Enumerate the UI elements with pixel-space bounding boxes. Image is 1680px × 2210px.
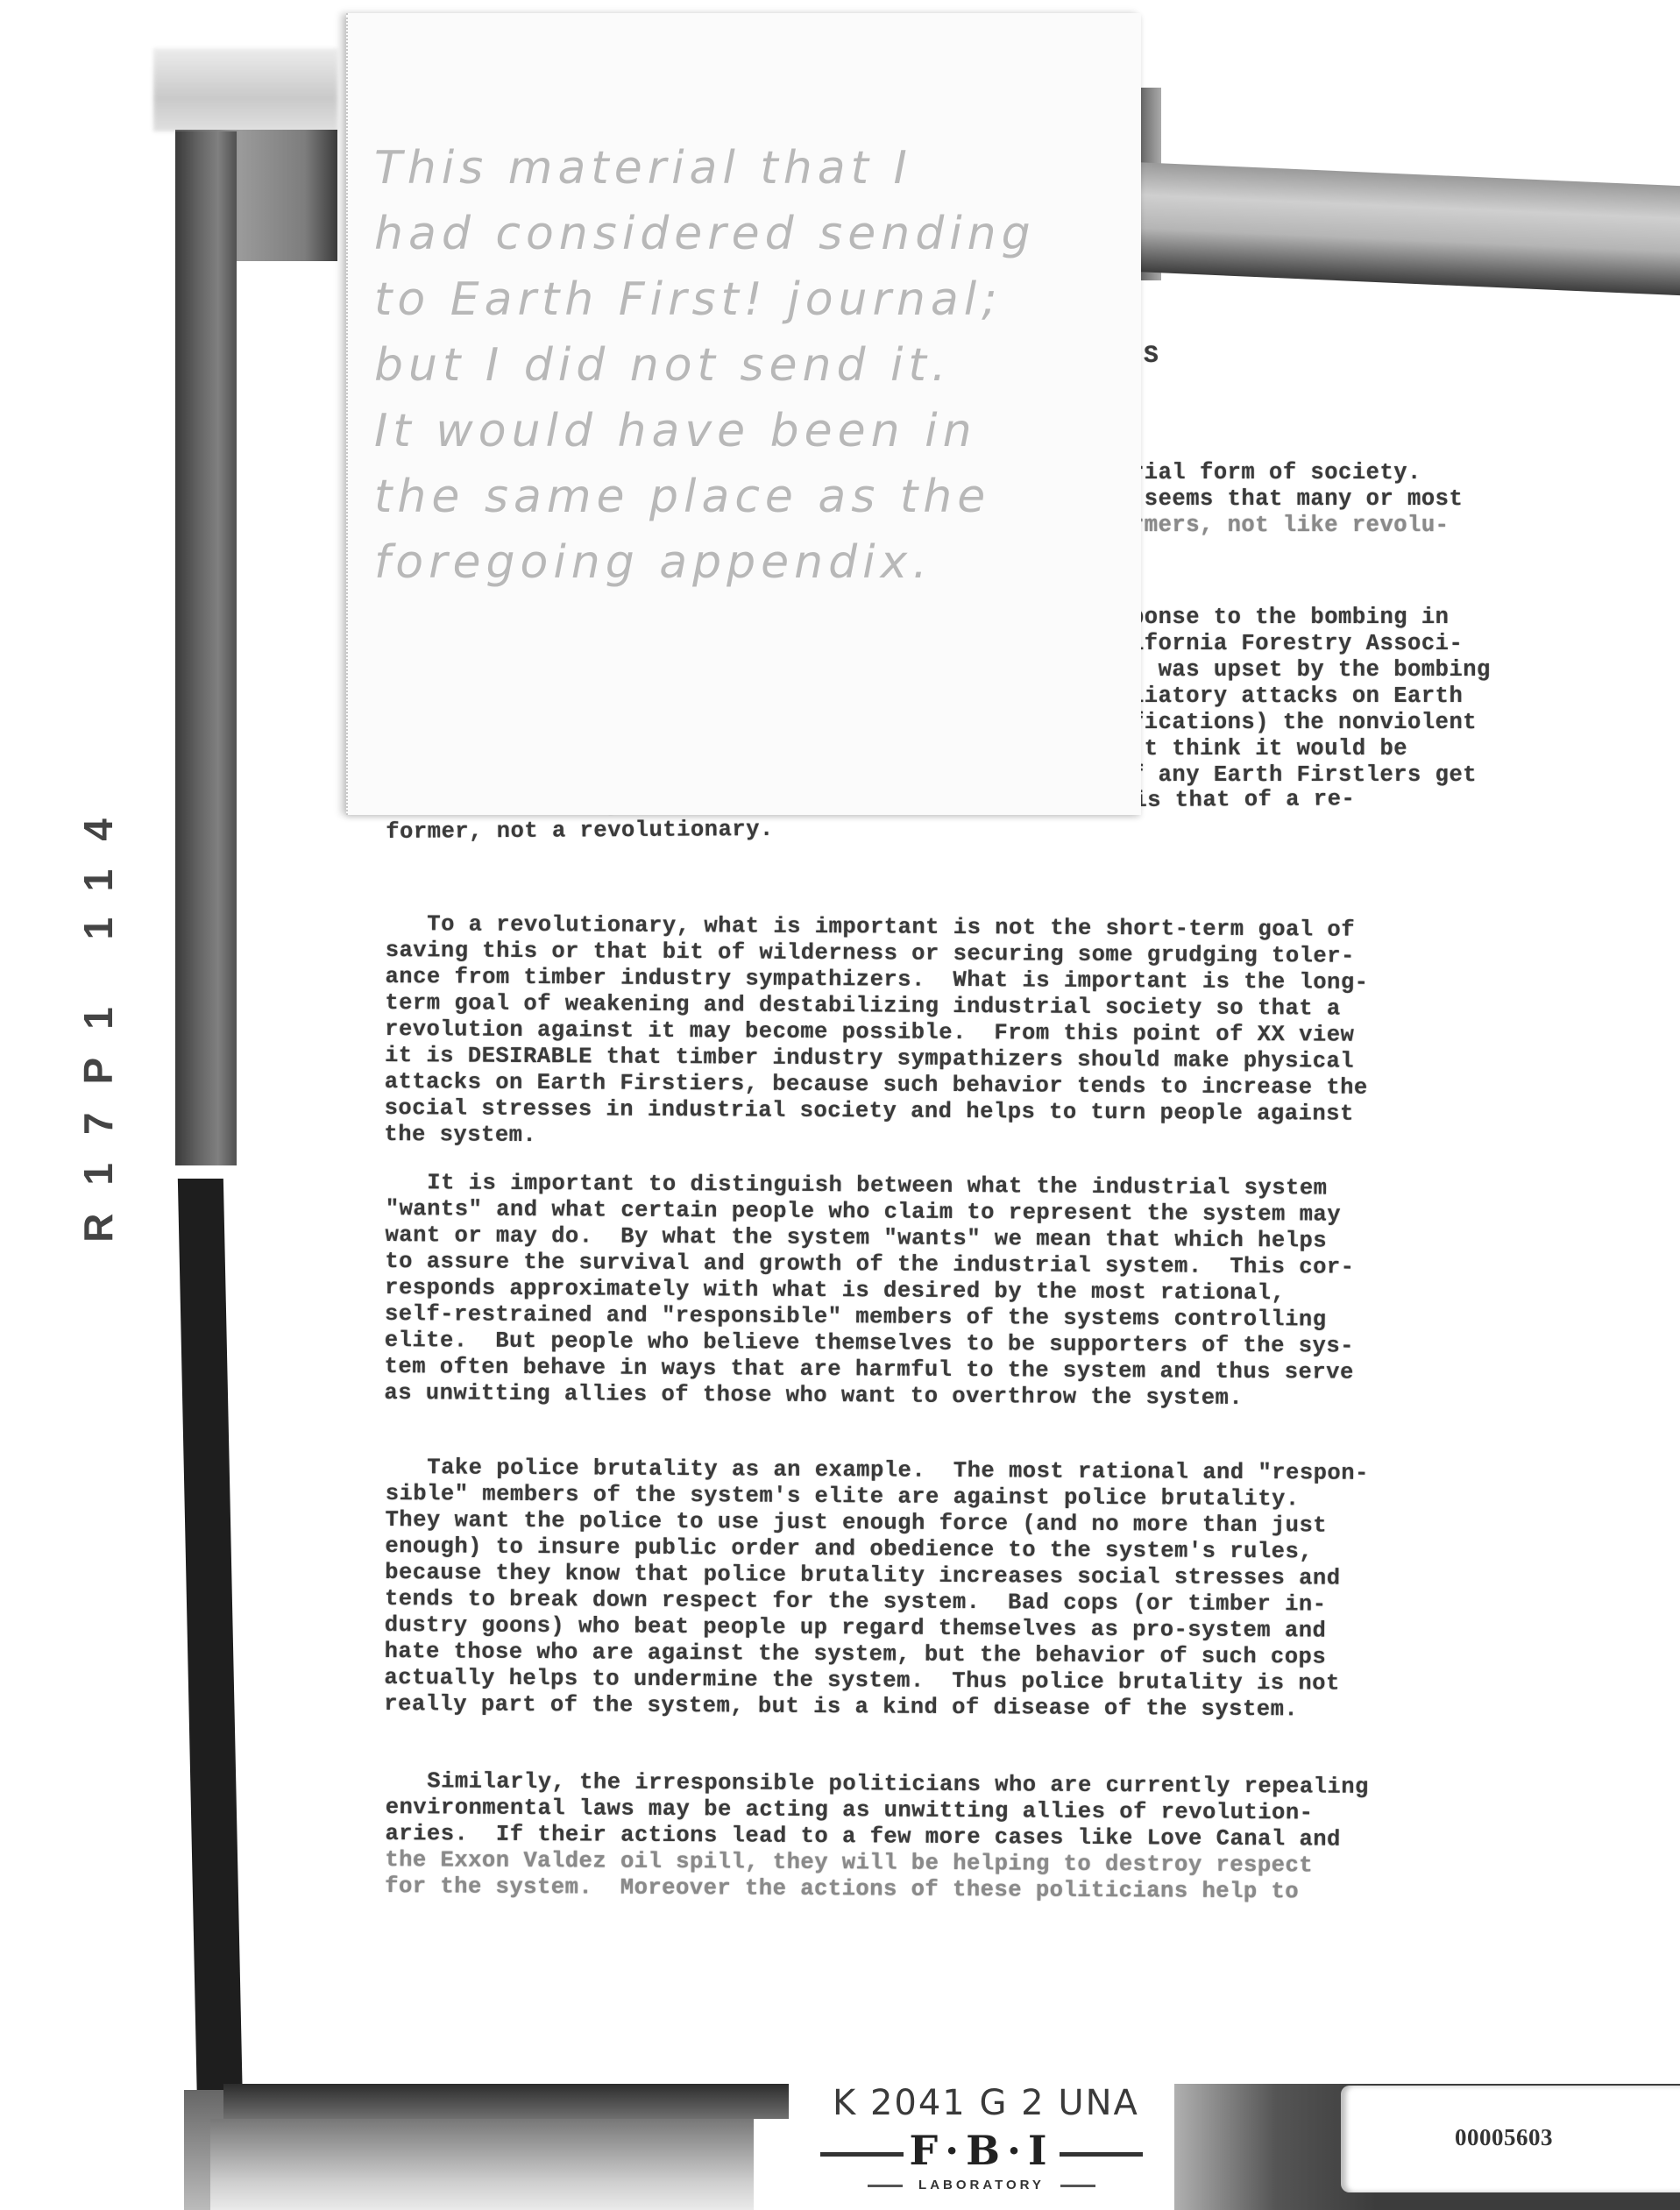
- text-line: ponse to the bombing in: [1131, 605, 1491, 631]
- handwritten-line: had considered sending: [374, 202, 1119, 267]
- stamp-dash-right: [1060, 2185, 1095, 2187]
- bates-number-box: 00005603: [1341, 2086, 1680, 2192]
- text-line: fications) the nonviolent: [1131, 710, 1491, 736]
- stamp-rule-right: [1060, 2152, 1143, 2157]
- bates-number: 00005603: [1455, 2124, 1553, 2151]
- text-line: ifornia Forestry Associ-: [1131, 631, 1491, 657]
- stamp-rule-left: [820, 2152, 904, 2157]
- paragraph-system-wants: It is important to distinguish between w…: [384, 1170, 1355, 1413]
- cherney-paragraph-fragment: ponse to the bombing inifornia Forestry …: [1131, 605, 1491, 789]
- margin-reference-number: R17P1 114: [74, 754, 145, 1279]
- handwritten-line: but I did not send it.: [374, 333, 1119, 399]
- text-line: 't think it would be: [1131, 736, 1491, 762]
- sticky-note-handwriting: This material that I had considered send…: [374, 136, 1119, 596]
- stamp-agency: F·B·I: [789, 2127, 1174, 2174]
- handwritten-line: the same place as the: [374, 464, 1119, 530]
- text-line: f any Earth Firstlers get: [1131, 762, 1491, 789]
- handwritten-line: It would have been in: [374, 399, 1119, 464]
- paragraph-politicians: Similarly, the irresponsible politicians…: [385, 1768, 1369, 1906]
- text-line: was upset by the bombing: [1131, 657, 1491, 684]
- stamp-specimen-number: K 2041 G 2 UNA: [833, 2083, 1139, 2123]
- stamp-laboratory-label: LABORATORY: [918, 2178, 1045, 2192]
- stamp-agency-label: F·B·I: [909, 2127, 1053, 2174]
- handwritten-line: to Earth First! journal;: [374, 267, 1119, 333]
- handwritten-line: foregoing appendix.: [374, 530, 1119, 596]
- copy-smudge: [153, 48, 337, 131]
- copy-frame-gap: [175, 1165, 237, 1178]
- text-line: rmers, not like revolu-: [1131, 513, 1463, 539]
- copy-frame-left-lower: [178, 1179, 243, 2112]
- copy-frame-bottom-left: [210, 2119, 754, 2210]
- paragraph-police-brutality: Take police brutality as an example. The…: [384, 1455, 1369, 1724]
- text-line: rial form of society.: [1131, 460, 1463, 486]
- handwritten-line: This material that I: [374, 136, 1119, 202]
- text-line: seems that many or most: [1131, 486, 1463, 513]
- stamp-laboratory: LABORATORY: [789, 2178, 1174, 2192]
- stamp-dash-left: [868, 2185, 903, 2187]
- text-line: liatory attacks on Earth: [1131, 684, 1491, 710]
- intro-paragraph-fragment: rial form of society. seems that many or…: [1131, 460, 1463, 539]
- fbi-laboratory-stamp: K 2041 G 2 UNA F·B·I LABORATORY: [789, 2072, 1174, 2204]
- sticky-note: This material that I had considered send…: [346, 13, 1141, 815]
- heading-fragment: S: [1144, 344, 1159, 370]
- copy-frame-left: [175, 131, 237, 1165]
- paragraph-revolutionary: To a revolutionary, what is important is…: [384, 911, 1369, 1154]
